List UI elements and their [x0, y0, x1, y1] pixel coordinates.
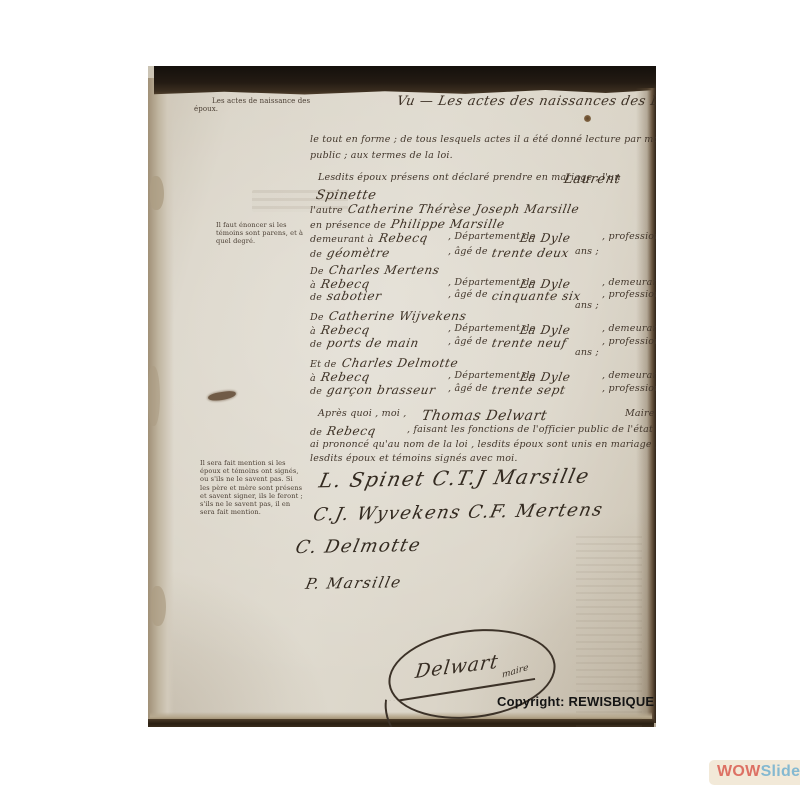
printed-text: l'autre: [310, 205, 343, 216]
document-line: l'autre Catherine Thérèse Joseph Marsill…: [310, 202, 656, 216]
ink-smudge: [208, 390, 237, 402]
handwritten-text: Vu — Les actes des naissances des Époux: [396, 94, 656, 109]
handwritten-text: trente neuf: [491, 336, 568, 350]
margin-note-witnesses: Il faut énoncer si les témoins sont pare…: [216, 221, 310, 246]
handwritten-text: La Dyle: [519, 370, 572, 384]
wowslider-watermark-link[interactable]: WOWSlider: [709, 760, 800, 785]
handwritten-text: Rebecq: [320, 323, 371, 337]
witness-signature: L. Spinet C.T.J Marsille: [317, 464, 593, 493]
witness-signature: P. Marsille: [304, 573, 404, 593]
handwritten-text: Rebecq: [320, 370, 371, 384]
handwritten-text: ports de main: [326, 336, 420, 350]
document-line: Et de Charles Delmotte: [310, 356, 656, 370]
printed-text: en présence de: [310, 220, 386, 231]
document-line: à Rebecq , Département deLa Dyle, demeur…: [310, 370, 656, 384]
witness-signature: C.J. Wyvekens C.F. Mertens: [311, 499, 605, 525]
witness-signature: C. Delmotte: [294, 535, 424, 558]
handwritten-text: cinquante six: [491, 289, 582, 303]
printed-text: de: [310, 339, 322, 350]
handwritten-text: garçon brasseur: [326, 383, 437, 397]
handwritten-text: Catherine Thérèse Joseph Marsille: [347, 202, 581, 216]
printed-text: Et de: [310, 359, 336, 370]
printed-text: ans ;: [575, 246, 599, 257]
handwritten-text: Thomas Delwart: [421, 408, 549, 424]
handwritten-text: Rebecq: [377, 231, 428, 245]
torn-paper-edge: [151, 586, 166, 626]
document-line: De Charles Mertens: [310, 263, 656, 277]
printed-text: Maire: [625, 408, 655, 419]
printed-text: le tout en forme ; de tous lesquels acte…: [310, 134, 656, 145]
printed-text: public ; aux termes de la loi.: [310, 150, 453, 161]
printed-text: de: [310, 292, 322, 303]
margin-note-birth-acts: Les actes de naissance des époux.: [194, 97, 314, 113]
printed-text: De: [310, 266, 324, 277]
document-line: ai prononcé qu'au nom de la loi , lesdit…: [310, 439, 656, 450]
handwritten-text: sabotier: [326, 289, 383, 303]
printed-text: , âgé de: [448, 383, 488, 394]
document-line: de Rebecq , faisant les fonctions de l'o…: [310, 424, 656, 438]
printed-text: , demeurant: [602, 277, 656, 288]
wowslider-slider-text: Slider: [761, 763, 800, 780]
printed-text: , profession: [602, 231, 656, 242]
printed-text: , profession: [602, 383, 656, 394]
printed-text: , âgé de: [448, 289, 488, 300]
document-line: lesdits époux et témoins signés avec moi…: [310, 453, 656, 464]
printed-text: Après quoi , moi ,: [318, 408, 406, 419]
document-line: De Catherine Wijvekens: [310, 309, 656, 323]
mayor-signature-name: Delwart: [414, 650, 500, 683]
document-line: à Rebecq , Département deLa Dyle, demeur…: [310, 323, 656, 337]
torn-paper-edge: [148, 366, 160, 426]
handwritten-text: trente deux: [491, 246, 570, 260]
wowslider-wow-text: WOW: [717, 763, 761, 780]
printed-text: de: [310, 386, 322, 397]
printed-text: de: [310, 249, 322, 260]
handwritten-text: géomètre: [326, 246, 391, 260]
margin-note-signatures: Il sera fait mention si les époux et tém…: [200, 459, 304, 516]
document-body-lines: Vu — Les actes des naissances des Épouxl…: [310, 66, 656, 727]
printed-text: , faisant les fonctions de l'officier pu…: [407, 424, 656, 435]
printed-text: , demeurant: [602, 370, 656, 381]
handwritten-text: La Dyle: [519, 231, 572, 245]
handwritten-text: La Dyle: [519, 323, 572, 337]
handwritten-text: Charles Delmotte: [340, 356, 459, 370]
printed-text: de: [310, 427, 322, 438]
document-line: de sabotier , âgé decinquante six, profe…: [310, 289, 656, 303]
document-line: de garçon brasseur , âgé detrente sept, …: [310, 383, 656, 397]
document-line: demeurant à Rebecq , Département deLa Dy…: [310, 231, 656, 245]
copyright-label: Copyright: REWISBIQUE: [497, 694, 654, 709]
printed-text: demeurant à: [310, 234, 373, 245]
handwritten-text: Laurent: [563, 172, 622, 187]
printed-text: , profession: [602, 336, 656, 347]
handwritten-text: trente sept: [491, 383, 567, 397]
document-line: en présence de Philippe Marsille: [310, 217, 656, 231]
handwritten-text: Rebecq: [326, 424, 377, 438]
handwritten-text: Philippe Marsille: [390, 217, 506, 231]
document-line: de géomètre , âgé detrente deuxans ;: [310, 246, 656, 260]
document-line: de ports de main , âgé detrente neuf, pr…: [310, 336, 656, 350]
handwritten-text: Spinette: [315, 188, 378, 203]
printed-text: , âgé de: [448, 336, 488, 347]
printed-text: , profession: [602, 289, 656, 300]
document-line: le tout en forme ; de tous lesquels acte…: [310, 134, 656, 145]
handwritten-text: Catherine Wijvekens: [328, 309, 468, 323]
printed-text: , demeurant: [602, 323, 656, 334]
printed-text: lesdits époux et témoins signés avec moi…: [310, 453, 518, 464]
handwritten-text: Charles Mertens: [328, 263, 441, 277]
printed-text: De: [310, 312, 324, 323]
mayor-signature-title: maire: [502, 663, 529, 681]
printed-text: ai prononcé qu'au nom de la loi , lesdit…: [310, 439, 656, 450]
document-line: public ; aux termes de la loi.: [310, 150, 656, 161]
torn-paper-edge: [150, 176, 164, 210]
scanned-document-photo: Les actes de naissance des époux. Il fau…: [148, 66, 656, 727]
printed-text: , âgé de: [448, 246, 488, 257]
